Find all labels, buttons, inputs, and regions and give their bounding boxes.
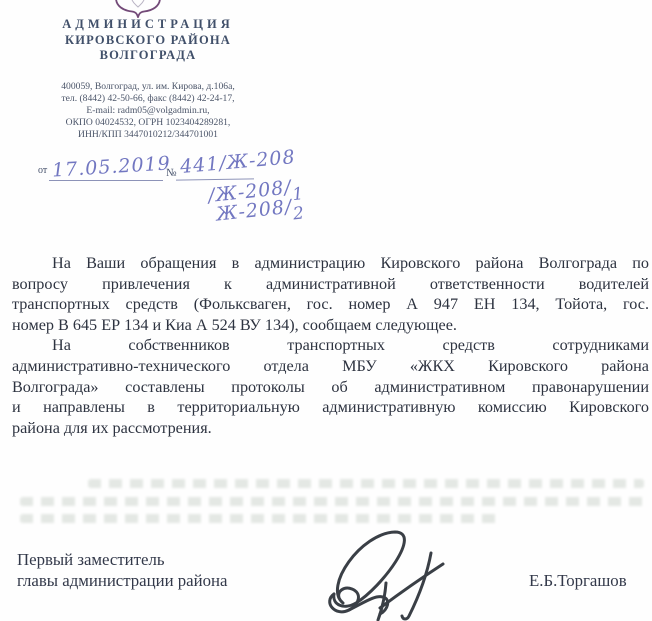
letter-body: На Ваши обращения в администрацию Кировс…: [12, 253, 649, 438]
paragraph: На собственников транспортных средств со…: [12, 335, 649, 438]
org-name-line: АДМИНИСТРАЦИЯ: [2, 17, 294, 33]
body-line: и направлены в территориальную администр…: [12, 397, 649, 418]
handwritten-outgoing-number: 441/Ж-208: [179, 146, 296, 178]
signatory-name: Е.Б.Торгашов: [529, 571, 627, 591]
additional-number-suffix: 2: [292, 203, 306, 224]
contact-line-inn-kpp: ИНН/КПП 3447010212/344701001: [2, 129, 294, 141]
bleed-through-smudge: [20, 514, 500, 523]
date-underline: [49, 180, 163, 181]
position-line: Первый заместитель: [17, 550, 227, 571]
body-line: На собственников транспортных средств со…: [12, 335, 649, 356]
body-line: административно-технического отдела МБУ …: [12, 356, 649, 377]
org-name-line: КИРОВСКОГО РАЙОНА: [2, 33, 294, 49]
letterhead-contacts: 400059, Волгоград, ул. им. Кирова, д.106…: [2, 81, 294, 141]
body-line: номер В 645 ЕР 134 и Киа А 524 ВУ 134), …: [12, 315, 649, 336]
bleed-through-smudge: [88, 479, 644, 488]
letterhead-org-name: АДМИНИСТРАЦИЯ КИРОВСКОГО РАЙОНА ВОЛГОГРА…: [2, 17, 294, 64]
org-name-line: ВОЛГОГРАДА: [2, 48, 294, 64]
coat-of-arms-icon: [114, 0, 162, 18]
contact-line-okpo-ogrn: ОКПО 04024532, ОГРН 1023404289281,: [2, 117, 294, 129]
handwritten-date: 17.05.2019: [51, 152, 171, 181]
position-line: главы администрации района: [17, 571, 227, 592]
body-line: На Ваши обращения в администрацию Кировс…: [12, 253, 649, 274]
body-line: вопросу привлечения к административной о…: [12, 274, 649, 295]
body-line: района для их рассмотрения.: [12, 418, 649, 439]
contact-line-email: E-mail: radm05@volgadmin.ru,: [2, 105, 294, 117]
contact-line-phone: тел. (8442) 42-50-66, факс (8442) 42-24-…: [2, 93, 294, 105]
signatory-position: Первый заместитель главы администрации р…: [17, 550, 227, 591]
body-line: Волгограда» составлены протоколы об адми…: [12, 377, 649, 398]
number-label: №: [166, 167, 177, 179]
contact-line-address: 400059, Волгоград, ул. им. Кирова, д.106…: [2, 81, 294, 93]
signature-icon: [285, 525, 465, 621]
scanned-letter-page: АДМИНИСТРАЦИЯ КИРОВСКОГО РАЙОНА ВОЛГОГРА…: [0, 0, 652, 621]
paragraph: На Ваши обращения в администрацию Кировс…: [12, 253, 649, 335]
body-line: транспортных средств (Фольксваген, гос. …: [12, 294, 649, 315]
date-from-label: от: [38, 165, 47, 176]
bleed-through-smudge: [20, 497, 648, 506]
